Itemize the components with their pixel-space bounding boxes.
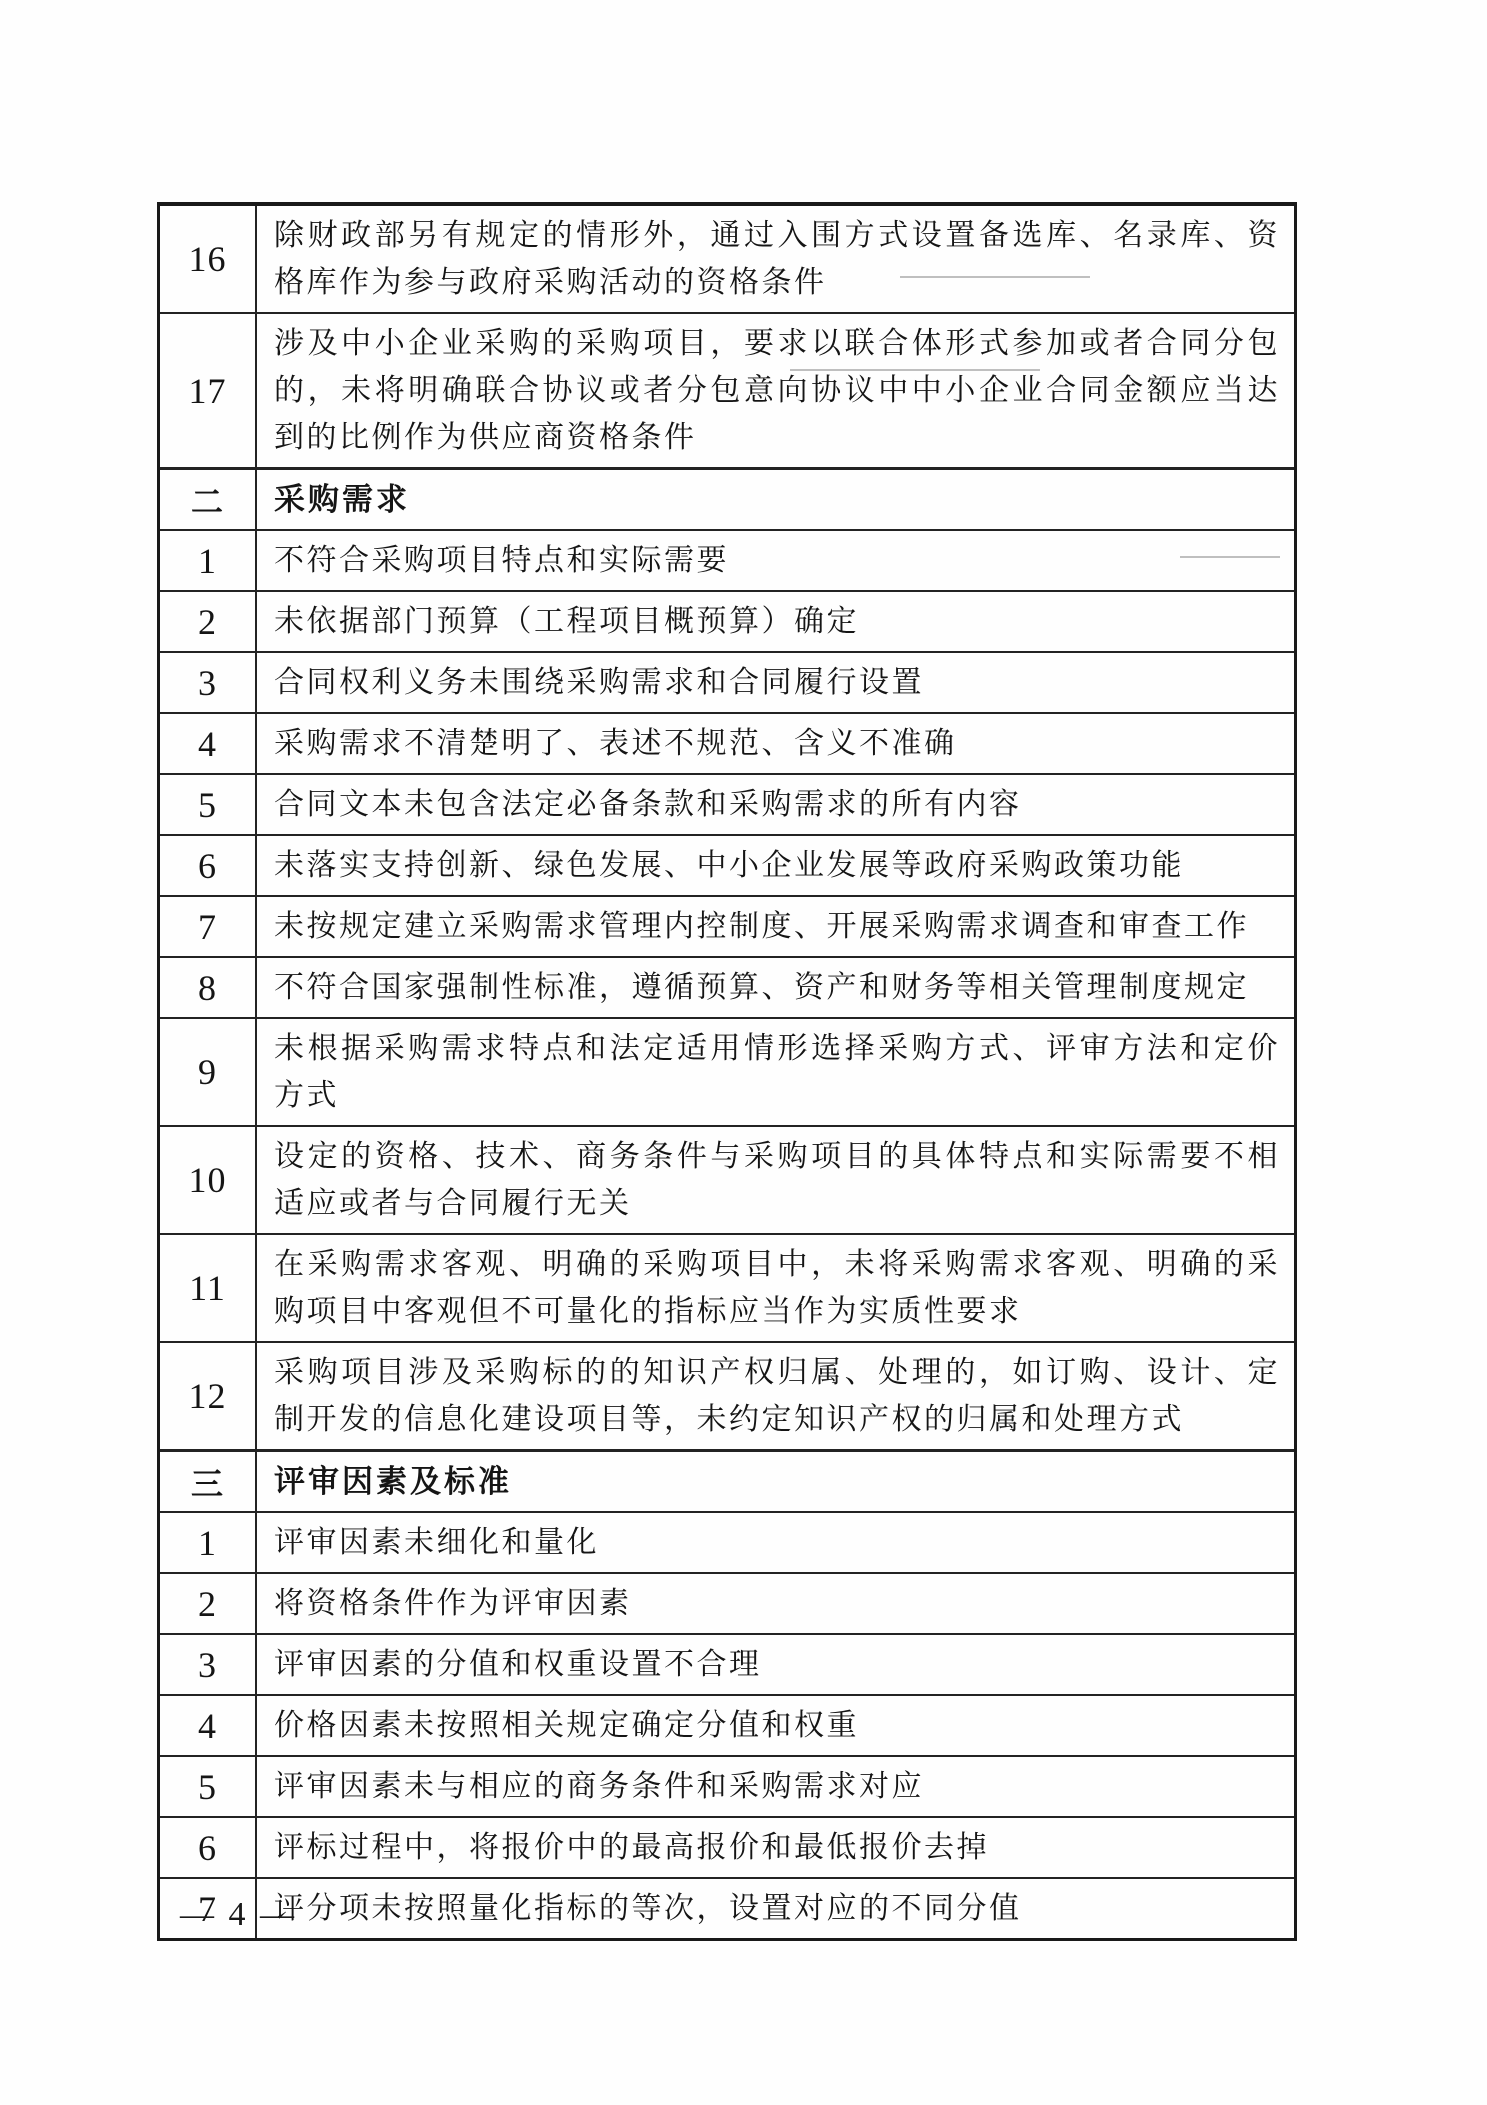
- row-number: 2: [160, 592, 257, 651]
- row-text: 合同文本未包含法定必备条款和采购需求的所有内容: [257, 775, 1294, 834]
- table-row: 10 设定的资格、技术、商务条件与采购项目的具体特点和实际需要不相适应或者与合同…: [160, 1125, 1294, 1233]
- row-text: 评标过程中，将报价中的最高报价和最低报价去掉: [257, 1818, 1294, 1877]
- row-text: 未落实支持创新、绿色发展、中小企业发展等政府采购政策功能: [257, 836, 1294, 895]
- row-text: 评审因素未与相应的商务条件和采购需求对应: [257, 1757, 1294, 1816]
- row-number: 6: [160, 1818, 257, 1877]
- row-number: 1: [160, 531, 257, 590]
- row-number: 5: [160, 1757, 257, 1816]
- row-text: 将资格条件作为评审因素: [257, 1574, 1294, 1633]
- row-number: 1: [160, 1513, 257, 1572]
- row-text: 在采购需求客观、明确的采购项目中，未将采购需求客观、明确的采购项目中客观但不可量…: [257, 1235, 1294, 1341]
- table-row: 2 未依据部门预算（工程项目概预算）确定: [160, 590, 1294, 651]
- section-title: 采购需求: [257, 470, 1294, 529]
- page-number: — 4 —: [180, 1896, 297, 1934]
- table-row: 2 将资格条件作为评审因素: [160, 1572, 1294, 1633]
- row-number: 6: [160, 836, 257, 895]
- table-row: 8 不符合国家强制性标准，遵循预算、资产和财务等相关管理制度规定: [160, 956, 1294, 1017]
- table-row: 1 评审因素未细化和量化: [160, 1511, 1294, 1572]
- row-text: 评分项未按照量化指标的等次，设置对应的不同分值: [257, 1879, 1294, 1938]
- row-text: 评审因素未细化和量化: [257, 1513, 1294, 1572]
- row-text: 设定的资格、技术、商务条件与采购项目的具体特点和实际需要不相适应或者与合同履行无…: [257, 1127, 1294, 1233]
- section-label: 二: [160, 470, 257, 529]
- row-number: 3: [160, 1635, 257, 1694]
- row-number: 12: [160, 1343, 257, 1449]
- table-row: 6 未落实支持创新、绿色发展、中小企业发展等政府采购政策功能: [160, 834, 1294, 895]
- row-text: 未根据采购需求特点和法定适用情形选择采购方式、评审方法和定价方式: [257, 1019, 1294, 1125]
- table-row: 3 评审因素的分值和权重设置不合理: [160, 1633, 1294, 1694]
- table-row: 5 合同文本未包含法定必备条款和采购需求的所有内容: [160, 773, 1294, 834]
- section-label: 三: [160, 1452, 257, 1511]
- table-row: 1 不符合采购项目特点和实际需要: [160, 529, 1294, 590]
- row-number: 16: [160, 206, 257, 312]
- row-number: 10: [160, 1127, 257, 1233]
- table-row: 4 采购需求不清楚明了、表述不规范、含义不准确: [160, 712, 1294, 773]
- row-text: 价格因素未按照相关规定确定分值和权重: [257, 1696, 1294, 1755]
- row-text: 涉及中小企业采购的采购项目，要求以联合体形式参加或者合同分包的，未将明确联合协议…: [257, 314, 1294, 467]
- row-number: 8: [160, 958, 257, 1017]
- table-row: 7 未按规定建立采购需求管理内控制度、开展采购需求调查和审查工作: [160, 895, 1294, 956]
- row-text: 未按规定建立采购需求管理内控制度、开展采购需求调查和审查工作: [257, 897, 1294, 956]
- row-text: 合同权利义务未围绕采购需求和合同履行设置: [257, 653, 1294, 712]
- section-header-row: 三 评审因素及标准: [160, 1449, 1294, 1511]
- row-text: 除财政部另有规定的情形外，通过入围方式设置备选库、名录库、资格库作为参与政府采购…: [257, 206, 1294, 312]
- row-text: 未依据部门预算（工程项目概预算）确定: [257, 592, 1294, 651]
- table-row: 5 评审因素未与相应的商务条件和采购需求对应: [160, 1755, 1294, 1816]
- table-row: 17 涉及中小企业采购的采购项目，要求以联合体形式参加或者合同分包的，未将明确联…: [160, 312, 1294, 467]
- row-text: 采购项目涉及采购标的的知识产权归属、处理的，如订购、设计、定制开发的信息化建设项…: [257, 1343, 1294, 1449]
- row-number: 5: [160, 775, 257, 834]
- row-number: 2: [160, 1574, 257, 1633]
- row-number: 4: [160, 714, 257, 773]
- table-row: 12 采购项目涉及采购标的的知识产权归属、处理的，如订购、设计、定制开发的信息化…: [160, 1341, 1294, 1449]
- table-row: 6 评标过程中，将报价中的最高报价和最低报价去掉: [160, 1816, 1294, 1877]
- table-row: 7 评分项未按照量化指标的等次，设置对应的不同分值: [160, 1877, 1294, 1938]
- table-row: 4 价格因素未按照相关规定确定分值和权重: [160, 1694, 1294, 1755]
- row-text: 不符合国家强制性标准，遵循预算、资产和财务等相关管理制度规定: [257, 958, 1294, 1017]
- row-text: 采购需求不清楚明了、表述不规范、含义不准确: [257, 714, 1294, 773]
- row-number: 7: [160, 897, 257, 956]
- table-row: 9 未根据采购需求特点和法定适用情形选择采购方式、评审方法和定价方式: [160, 1017, 1294, 1125]
- table-row: 11 在采购需求客观、明确的采购项目中，未将采购需求客观、明确的采购项目中客观但…: [160, 1233, 1294, 1341]
- violations-table: 16 除财政部另有规定的情形外，通过入围方式设置备选库、名录库、资格库作为参与政…: [157, 202, 1297, 1941]
- section-title: 评审因素及标准: [257, 1452, 1294, 1511]
- row-number: 11: [160, 1235, 257, 1341]
- row-text: 不符合采购项目特点和实际需要: [257, 531, 1294, 590]
- row-number: 4: [160, 1696, 257, 1755]
- table-row: 16 除财政部另有规定的情形外，通过入围方式设置备选库、名录库、资格库作为参与政…: [160, 206, 1294, 312]
- document-page: 16 除财政部另有规定的情形外，通过入围方式设置备选库、名录库、资格库作为参与政…: [0, 0, 1487, 2105]
- row-text: 评审因素的分值和权重设置不合理: [257, 1635, 1294, 1694]
- row-number: 17: [160, 314, 257, 467]
- row-number: 9: [160, 1019, 257, 1125]
- table-row: 3 合同权利义务未围绕采购需求和合同履行设置: [160, 651, 1294, 712]
- section-header-row: 二 采购需求: [160, 467, 1294, 529]
- row-number: 3: [160, 653, 257, 712]
